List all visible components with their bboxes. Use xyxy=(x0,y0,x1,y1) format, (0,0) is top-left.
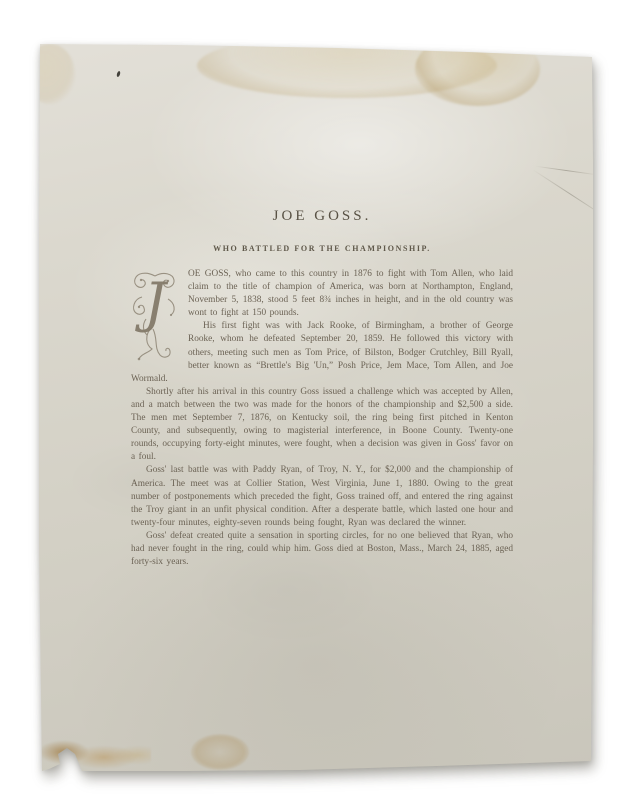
stain-bottom-left xyxy=(39,732,151,774)
paragraph: Shortly after his arrival in this countr… xyxy=(131,386,513,465)
dropcap-letter: J xyxy=(134,271,169,334)
paragraph: J OE GOSS, who came to this country in 1… xyxy=(131,268,513,320)
water-stain-top xyxy=(197,34,497,98)
article-body: J OE GOSS, who came to this country in 1… xyxy=(131,268,513,569)
paragraph: Goss' defeat created quite a sensation i… xyxy=(131,530,513,569)
document-page: JOE GOSS. WHO BATTLED FOR THE CHAMPIONSH… xyxy=(37,42,593,773)
paper-crease-line xyxy=(532,169,610,220)
ornate-initial-J: J xyxy=(128,269,182,363)
paragraph-text: OE GOSS, who came to this country in 187… xyxy=(188,269,513,318)
paper-crease-line xyxy=(535,166,597,176)
paragraph: His first fight was with Jack Rooke, of … xyxy=(131,320,513,385)
photo-background: JOE GOSS. WHO BATTLED FOR THE CHAMPIONSH… xyxy=(0,0,627,800)
water-stain-left-edge xyxy=(25,44,75,104)
page-shadow-wrapper: JOE GOSS. WHO BATTLED FOR THE CHAMPIONSH… xyxy=(0,0,627,800)
stain-bottom-middle xyxy=(191,734,249,770)
page-title: JOE GOSS. xyxy=(131,208,513,225)
page-subtitle: WHO BATTLED FOR THE CHAMPIONSHIP. xyxy=(131,244,513,253)
ink-speck xyxy=(116,71,121,78)
printed-content: JOE GOSS. WHO BATTLED FOR THE CHAMPIONSH… xyxy=(131,208,513,569)
water-stain-top-right xyxy=(415,32,540,106)
ornate-initial-illustration: J xyxy=(128,269,182,363)
paragraph: Goss' last battle was with Paddy Ryan, o… xyxy=(131,464,513,529)
